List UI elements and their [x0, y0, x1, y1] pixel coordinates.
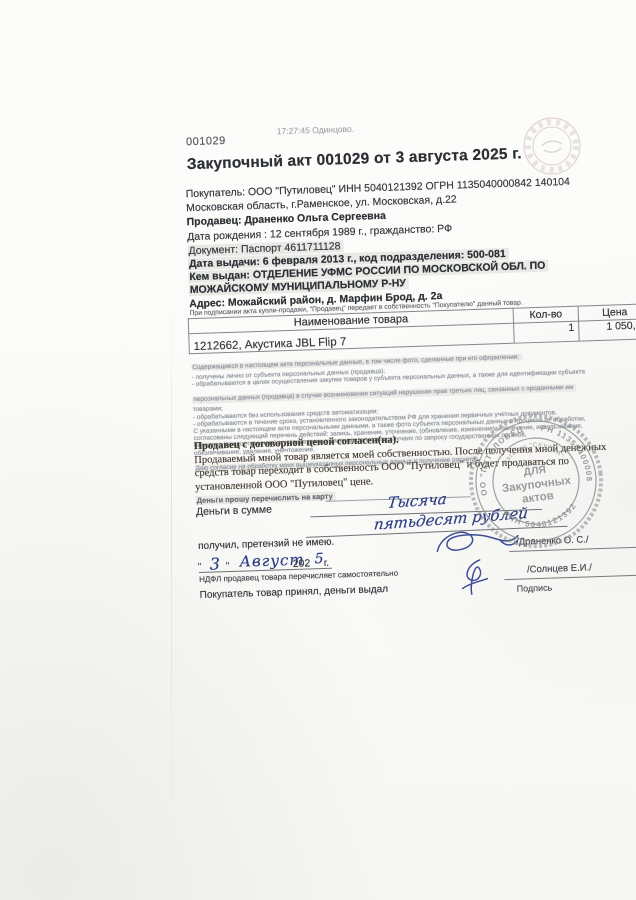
- scan-timestamp-note: 17:27:45 Одинцово.: [277, 124, 355, 136]
- received-no-claims-note: получил, претензий не имею.: [198, 537, 335, 552]
- signature-caption: Подпись: [516, 583, 552, 594]
- buyer-name-decoded: /Солнцев Е.И./: [527, 562, 592, 575]
- faint-stamp-icon: [520, 114, 584, 178]
- buyer-signature-line: [504, 574, 636, 580]
- printed-year-prefix: 202: [293, 557, 311, 570]
- document-title: Закупочный акт 001029 от 3 августа 2025 …: [187, 145, 523, 174]
- buyer-signature: [458, 556, 491, 601]
- company-round-stamp: ООО "ПУТИЛОВЕЦ" ОГРН 1135040000842 ИНН 5…: [458, 403, 614, 559]
- stamp-center-line-3: актов: [522, 490, 555, 506]
- document-number: 001029: [186, 135, 226, 148]
- purchase-act-document: 001029 17:27:45 Одинцово. Закупочный акт…: [180, 114, 636, 633]
- sum-label: Деньги в сумме: [196, 504, 272, 518]
- item-price-cell: 1 050,00: [579, 319, 636, 341]
- buyer-accepted-note: Покупатель товар принял, деньги выдал: [200, 584, 389, 601]
- scan-paper-edge-shadow: [171, 300, 172, 860]
- scanned-purchase-act-page: { "meta": { "doc_number": "001029", "sca…: [0, 0, 636, 900]
- printed-year-suffix: г.: [324, 558, 330, 569]
- handwritten-sum-words-1: Тысяча: [387, 490, 448, 512]
- stamp-center-line-1: ДЛЯ: [523, 464, 547, 479]
- svg-text:ИНН 5040121392: ИНН 5040121392: [500, 500, 581, 533]
- item-qty-cell: 1: [514, 321, 580, 343]
- handwritten-year-digit: 5: [314, 551, 323, 567]
- column-header-price: Цена: [578, 304, 636, 321]
- stamp-inn-text: ИНН 5040121392: [500, 500, 581, 533]
